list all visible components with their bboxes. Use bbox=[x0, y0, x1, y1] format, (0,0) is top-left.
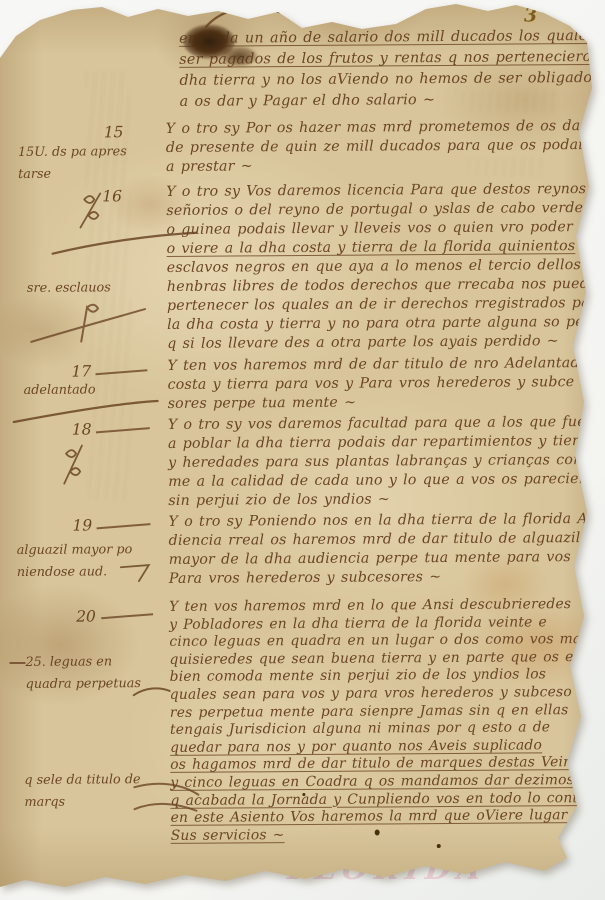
flourish-stroke bbox=[50, 229, 200, 256]
manuscript-line: me a la calidad de cada uno y lo que a v… bbox=[168, 470, 605, 492]
clause-19-text: Y o tro sy Poniendo nos en la dha tierra… bbox=[168, 510, 597, 589]
margin-note-19: alguazil mayor po niendose aud. bbox=[17, 539, 133, 584]
bleed-through-smudge bbox=[462, 90, 557, 113]
flourish-stroke bbox=[119, 561, 155, 583]
ojo-attention-mark-icon bbox=[58, 439, 88, 487]
manuscript-line: y cinco leguas en Coadra q os mandamos d… bbox=[170, 772, 605, 793]
manuscript-line: Sus servicios ~ bbox=[171, 824, 605, 845]
manuscript-line: dha tierra y no los aViendo no hemos de … bbox=[179, 68, 605, 92]
flourish-stroke bbox=[12, 397, 162, 424]
number-dash-stroke bbox=[97, 523, 151, 529]
manuscript-line: Para vros herederos y subcesores ~ bbox=[169, 567, 598, 589]
folio-number-mark: 3 bbox=[524, 4, 537, 26]
ink-speck bbox=[375, 829, 380, 835]
manuscript-line: de presente de quin ze mill ducados para… bbox=[166, 136, 591, 158]
manuscript-line: costa y tierra para vos y Para vros here… bbox=[167, 372, 605, 394]
clause-18-text: Y o tro sy vos daremos facultad para que… bbox=[168, 413, 605, 511]
scan-background: { "page": { "folio_mark": "3", "watermar… bbox=[0, 0, 605, 900]
margin-note-line: q sele da titulo de bbox=[24, 769, 140, 792]
manuscript-line: sores perpe tua mente ~ bbox=[168, 391, 605, 413]
margin-note-line: 25. leguas en bbox=[25, 651, 140, 674]
paper-shadow-wrap: 3 en cada un año de salario dos mill duc… bbox=[0, 0, 605, 900]
clause-number-20: 20 bbox=[76, 607, 96, 625]
bleed-through-smudge bbox=[468, 158, 548, 177]
margin-note-20-marques: q sele da titulo de marqs bbox=[24, 769, 141, 814]
margin-note-20-leguas: 25. leguas en quadra perpetuas bbox=[25, 651, 141, 696]
scanned-manuscript-page: FLORIDA 3 en cada un año de salario dos … bbox=[0, 0, 605, 900]
flourish-stroke bbox=[132, 683, 172, 699]
manuscript-content: 3 en cada un año de salario dos mill duc… bbox=[0, 0, 605, 900]
margin-note-line: marqs bbox=[24, 791, 140, 814]
manuscript-line: mayor de la dha audiencia perpe tua ment… bbox=[169, 548, 598, 570]
flourish-stroke bbox=[29, 301, 149, 346]
clause-number-19: 19 bbox=[72, 516, 92, 534]
margin-note-line: alguazil mayor po bbox=[17, 539, 133, 562]
ink-speck bbox=[302, 793, 305, 796]
number-dash-stroke bbox=[101, 613, 153, 619]
margin-dash-stroke bbox=[9, 662, 25, 664]
ojo-attention-mark-icon bbox=[76, 189, 106, 231]
clause-16-text: Y o tro sy Vos daremos licencia Para que… bbox=[166, 180, 605, 354]
margin-note-line: quadra perpetuas bbox=[26, 673, 141, 696]
manuscript-line: en este Asiento Vos haremos la mrd que o… bbox=[171, 807, 605, 828]
clause-20-text: Y ten vos haremos mrd en lo que Ansi des… bbox=[169, 596, 605, 846]
manuscript-line: q si los llevare des a otra parte los ay… bbox=[167, 332, 605, 354]
flourish-stroke bbox=[202, 0, 302, 31]
manuscript-line: sin perjui zio de los yndios ~ bbox=[168, 489, 605, 511]
ink-speck bbox=[437, 844, 441, 848]
clause-17-text: Y ten vos haremos mrd de dar titulo de n… bbox=[167, 353, 605, 413]
bleed-through-smudge bbox=[85, 71, 132, 501]
manuscript-paper: 3 en cada un año de salario dos mill duc… bbox=[0, 0, 605, 900]
flourish-stroke bbox=[132, 773, 202, 813]
margin-note-line: niendose aud. bbox=[17, 561, 133, 584]
